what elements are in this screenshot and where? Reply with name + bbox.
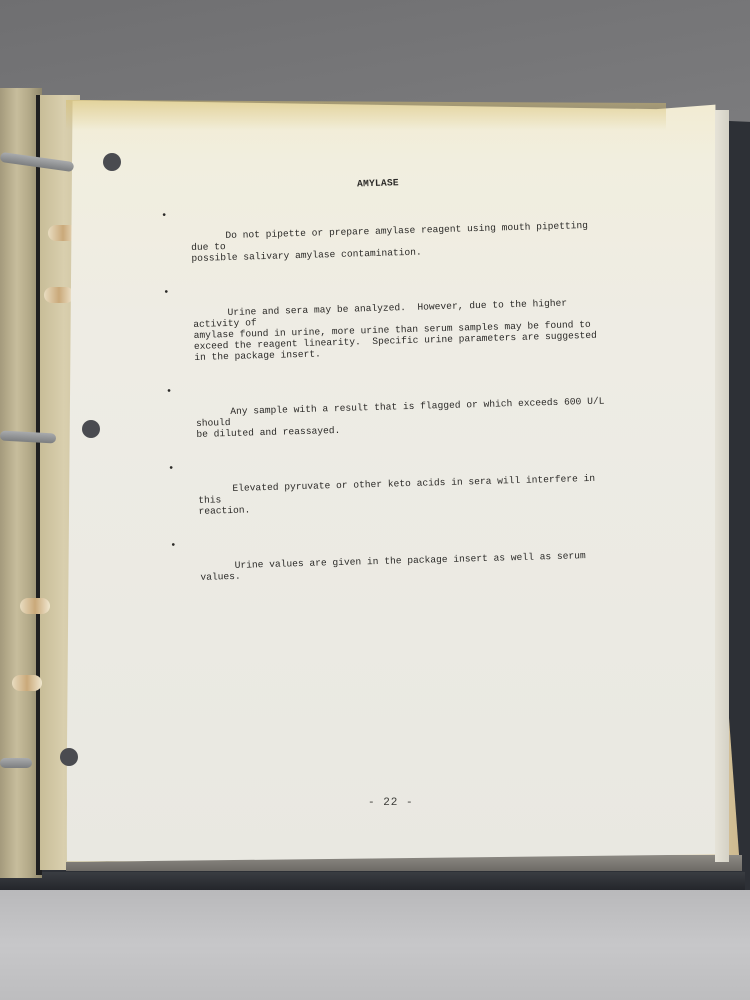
bullet-dot-icon: •: [161, 210, 167, 221]
section-heading: AMYLASE: [155, 172, 600, 195]
punch-hole: [82, 420, 100, 438]
bullet-dot-icon: •: [170, 540, 176, 551]
document-body: AMYLASE • Do not pipette or prepare amyl…: [155, 158, 612, 606]
page-yellowed-edge: [66, 100, 666, 130]
bullet-dot-icon: •: [168, 463, 174, 474]
bullet-text: Urine values are given in the package in…: [200, 550, 591, 583]
binder-ring-icon: [0, 758, 32, 768]
bullet-item: • Elevated pyruvate or other keto acids …: [163, 450, 610, 528]
bullet-text: Urine and sera may be analyzed. However,…: [193, 297, 597, 363]
bullet-item: • Urine and sera may be analyzed. Howeve…: [158, 275, 605, 375]
punch-hole: [103, 153, 121, 171]
binder-cover-edge: [0, 872, 745, 890]
bullet-list: • Do not pipette or prepare amylase reag…: [156, 198, 612, 595]
bullet-text: Any sample with a result that is flagged…: [196, 395, 610, 440]
bullet-dot-icon: •: [166, 386, 172, 397]
bullet-text: Elevated pyruvate or other keto acids in…: [198, 473, 601, 517]
bullet-dot-icon: •: [163, 287, 169, 298]
bullet-text: Do not pipette or prepare amylase reagen…: [191, 220, 594, 264]
punch-hole: [60, 748, 78, 766]
punch-slot: [12, 675, 42, 691]
punch-slot: [20, 598, 50, 614]
bullet-item: • Urine values are given in the package …: [165, 527, 611, 594]
page-edge: [715, 110, 729, 862]
page-number: - 22 -: [368, 797, 414, 809]
table-surface-lower: [0, 890, 750, 1000]
bullet-item: • Any sample with a result that is flagg…: [161, 373, 608, 451]
punch-slot: [44, 287, 74, 303]
bullet-item: • Do not pipette or prepare amylase reag…: [156, 198, 603, 276]
